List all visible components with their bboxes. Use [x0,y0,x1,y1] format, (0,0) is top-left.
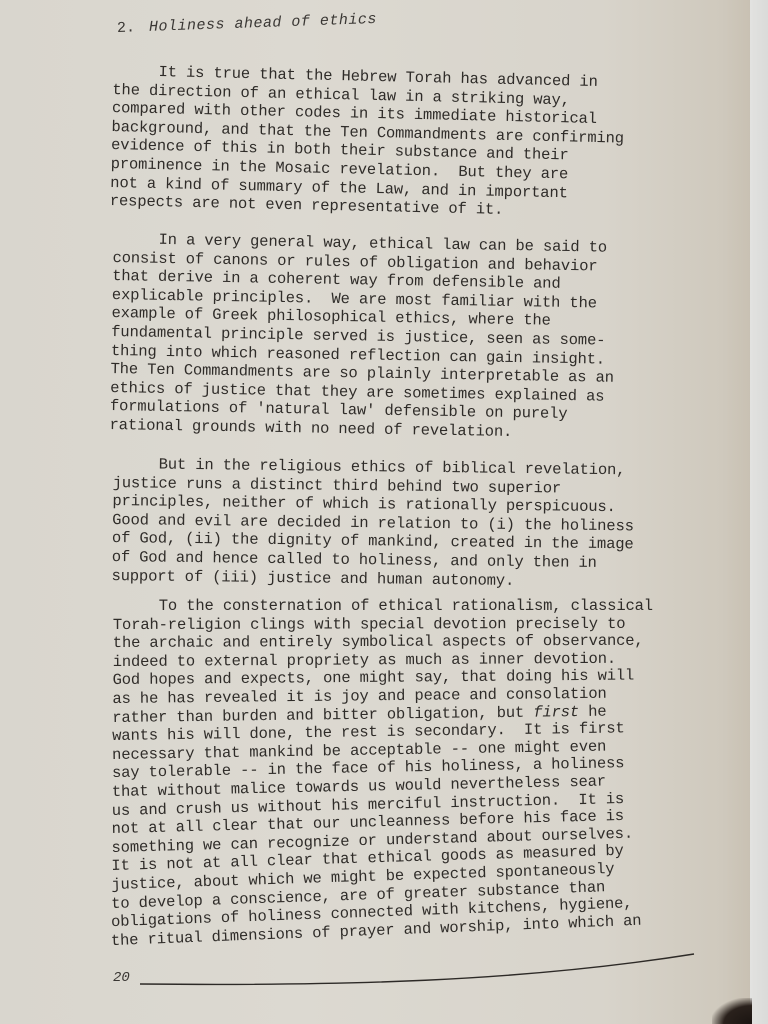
paragraph-1: It is true that the Hebrew Torah has adv… [110,62,626,222]
paragraph-4: To the consternation of ethical rational… [113,597,653,950]
text-line: To the consternation of ethical rational… [113,597,653,616]
paragraph-2: In a very general way, ethical law can b… [109,230,616,443]
footer-rule [138,940,698,990]
page-number: 20 [113,970,130,986]
book-page: 2.Holiness ahead of ethics It is true th… [0,0,752,1024]
book-shadow [712,998,752,1024]
section-number: 2. [117,19,136,37]
page-edge [750,0,768,1024]
section-title: Holiness ahead of ethics [149,11,378,36]
paragraph-3: But in the religious ethics of biblical … [111,455,634,592]
section-heading: 2.Holiness ahead of ethics [117,11,377,37]
